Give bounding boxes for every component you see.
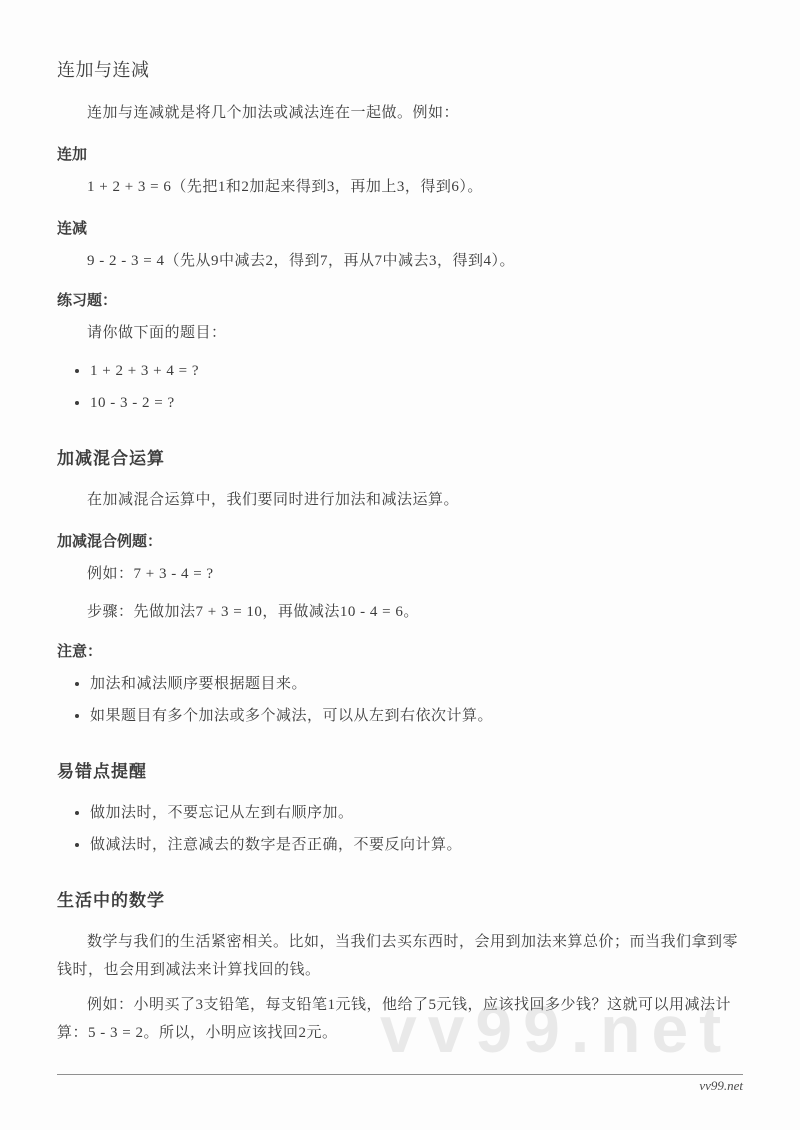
footer-divider	[57, 1074, 743, 1075]
lianjia-example: 1 + 2 + 3 = 6（先把1和2加起来得到3，再加上3，得到6）。	[57, 173, 743, 201]
exercises-lead: 请你做下面的题目：	[57, 319, 743, 347]
pitfalls-list: 做加法时，不要忘记从左到右顺序加。 做减法时，注意减去的数字是否正确，不要反向计…	[57, 799, 743, 859]
exercises-list: 1 + 2 + 3 + 4 = ? 10 - 3 - 2 = ?	[57, 357, 743, 417]
list-item: 做加法时，不要忘记从左到右顺序加。	[90, 799, 743, 827]
heading-lianjian: 连减	[57, 219, 743, 239]
heading-life-math: 生活中的数学	[57, 889, 743, 913]
document-page: vv99.net 连加与连减 连加与连减就是将几个加法或减法连在一起做。例如： …	[0, 0, 800, 1130]
list-item: 加法和减法顺序要根据题目来。	[90, 670, 743, 698]
page-title: 连加与连减	[57, 59, 743, 81]
heading-mixed-operations: 加减混合运算	[57, 447, 743, 471]
intro-paragraph: 连加与连减就是将几个加法或减法连在一起做。例如：	[57, 99, 743, 127]
life-paragraph-1: 数学与我们的生活紧密相关。比如，当我们去买东西时，会用到加法来算总价；而当我们拿…	[57, 928, 743, 984]
list-item: 10 - 3 - 2 = ?	[90, 389, 743, 417]
document-content: 连加与连减 连加与连减就是将几个加法或减法连在一起做。例如： 连加 1 + 2 …	[0, 0, 800, 1094]
heading-pitfalls: 易错点提醒	[57, 760, 743, 784]
list-item: 如果题目有多个加法或多个减法，可以从左到右依次计算。	[90, 702, 743, 730]
list-item: 1 + 2 + 3 + 4 = ?	[90, 357, 743, 385]
mixed-steps: 步骤：先做加法7 + 3 = 10，再做减法10 - 4 = 6。	[57, 598, 743, 626]
footer-site-text: vv99.net	[57, 1078, 743, 1094]
heading-exercises: 练习题：	[57, 291, 743, 311]
life-paragraph-2: 例如：小明买了3支铅笔，每支铅笔1元钱，他给了5元钱，应该找回多少钱？这就可以用…	[57, 991, 743, 1047]
list-item: 做减法时，注意减去的数字是否正确，不要反向计算。	[90, 831, 743, 859]
heading-mixed-example: 加减混合例题：	[57, 532, 743, 552]
heading-note: 注意：	[57, 642, 743, 662]
lianjian-example: 9 - 2 - 3 = 4（先从9中减去2，得到7，再从7中减去3，得到4）。	[57, 247, 743, 275]
mixed-intro: 在加减混合运算中，我们要同时进行加法和减法运算。	[57, 486, 743, 514]
heading-lianjia: 连加	[57, 145, 743, 165]
mixed-example: 例如：7 + 3 - 4 = ?	[57, 560, 743, 588]
note-list: 加法和减法顺序要根据题目来。 如果题目有多个加法或多个减法，可以从左到右依次计算…	[57, 670, 743, 730]
